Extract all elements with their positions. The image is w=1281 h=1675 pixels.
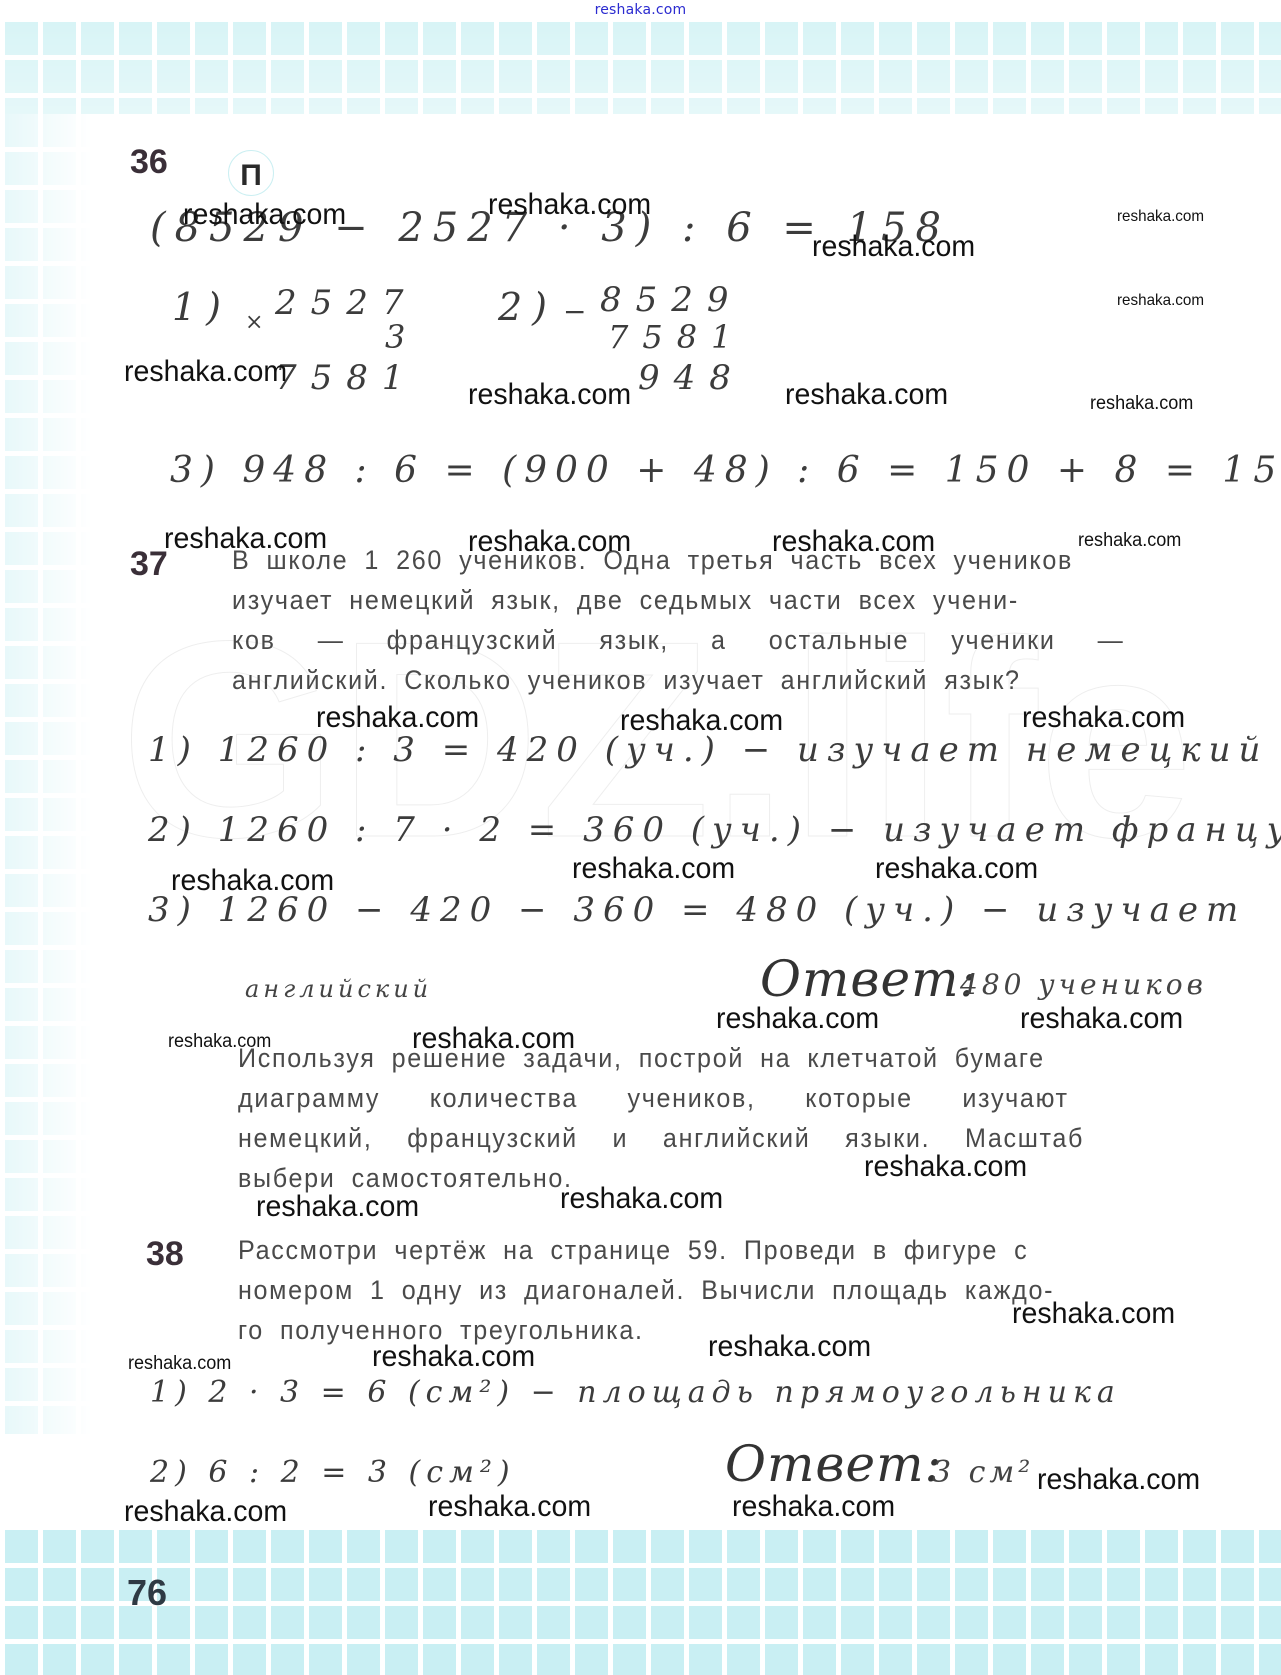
watermark: reshaka.com	[1020, 1002, 1183, 1036]
page-number: 76	[127, 1572, 167, 1614]
step1-label: 1)	[172, 285, 231, 329]
minus-sign: −	[563, 295, 596, 328]
decorative-grid-top	[0, 22, 1281, 114]
solution-step: 2) 1260 : 7 · 2 = 360 (уч.) − изучает фр…	[148, 810, 1281, 850]
watermark: reshaka.com	[171, 864, 334, 898]
problem-line: Рассмотри чертёж на странице 59. Проведи…	[238, 1235, 1028, 1266]
watermark: reshaka.com	[128, 1353, 231, 1375]
exercise-37-number: 37	[130, 545, 168, 584]
solution-step: 2) 6 : 2 = 3 (см²)	[150, 1455, 516, 1490]
watermark: reshaka.com	[1117, 292, 1204, 310]
watermark: reshaka.com	[812, 230, 975, 264]
watermark: reshaka.com	[183, 198, 346, 232]
problem-line: номером 1 одну из диагоналей. Вычисли пл…	[238, 1275, 1054, 1306]
watermark: reshaka.com	[620, 704, 783, 738]
watermark: reshaka.com	[1012, 1297, 1175, 1331]
watermark: reshaka.com	[785, 378, 948, 412]
exercise-37-answer-value: 480 учеников	[960, 968, 1207, 1001]
problem-line: изучает немецкий язык, две седьмых части…	[232, 585, 1019, 616]
exercise-37-answer-label: Ответ:	[760, 950, 977, 1008]
decorative-grid-bottom	[0, 1530, 1281, 1675]
step1-bottom: 3	[385, 318, 415, 356]
task-line: диаграмму количества учеников, которые и…	[238, 1083, 1069, 1114]
watermark: reshaka.com	[124, 355, 287, 389]
watermark: reshaka.com	[875, 852, 1038, 886]
step2-label: 2)	[498, 285, 557, 329]
exercise-36-number: 36	[130, 143, 168, 182]
site-header-link[interactable]: reshaka.com	[0, 2, 1281, 18]
watermark: reshaka.com	[864, 1150, 1027, 1184]
watermark: reshaka.com	[716, 1002, 879, 1036]
exercise-38-answer-value: 3 см²	[932, 1455, 1034, 1490]
exercise-36-step3: 3) 948 : 6 = (900 + 48) : 6 = 150 + 8 = …	[170, 450, 1281, 491]
problem-line: ков — французский язык, а остальные учен…	[232, 625, 1124, 656]
exercise-38-number: 38	[146, 1235, 184, 1274]
watermark: reshaka.com	[372, 1340, 535, 1374]
watermark: reshaka.com	[412, 1022, 575, 1056]
solution-continued: английский	[245, 975, 432, 1003]
watermark: reshaka.com	[1078, 530, 1181, 552]
exercise-36-badge: П	[228, 150, 274, 196]
watermark: reshaka.com	[1090, 393, 1193, 415]
watermark: reshaka.com	[468, 378, 631, 412]
watermark: reshaka.com	[468, 525, 631, 559]
watermark: reshaka.com	[772, 525, 935, 559]
watermark: reshaka.com	[572, 852, 735, 886]
decorative-grid-left	[0, 114, 92, 1434]
step2-top: 8529	[600, 280, 743, 320]
step2-bottom: 7581	[608, 318, 745, 356]
watermark: reshaka.com	[708, 1330, 871, 1364]
watermark: reshaka.com	[1037, 1463, 1200, 1497]
problem-line: английский. Сколько учеников изучает анг…	[232, 665, 1021, 696]
step1-result: 7581	[275, 358, 418, 398]
problem-line: В школе 1 260 учеников. Одна третья част…	[232, 545, 1073, 576]
watermark: reshaka.com	[256, 1190, 419, 1224]
multiply-sign: ×	[245, 310, 273, 335]
watermark: reshaka.com	[732, 1490, 895, 1524]
watermark: reshaka.com	[168, 1031, 271, 1053]
watermark: reshaka.com	[1022, 701, 1185, 735]
watermark: reshaka.com	[124, 1495, 287, 1529]
exercise-38-answer-label: Ответ:	[725, 1435, 942, 1493]
solution-step: 1) 2 · 3 = 6 (см²) − площадь прямоугольн…	[150, 1375, 1121, 1410]
watermark: reshaka.com	[488, 188, 651, 222]
step1-top: 2527	[275, 283, 418, 323]
watermark: reshaka.com	[560, 1182, 723, 1216]
watermark: reshaka.com	[428, 1490, 591, 1524]
task-line: Используя решение задачи, построй на кле…	[238, 1043, 1045, 1074]
watermark: reshaka.com	[164, 522, 327, 556]
watermark: reshaka.com	[316, 701, 479, 735]
watermark: reshaka.com	[1117, 208, 1204, 226]
step2-result: 948	[638, 358, 745, 398]
